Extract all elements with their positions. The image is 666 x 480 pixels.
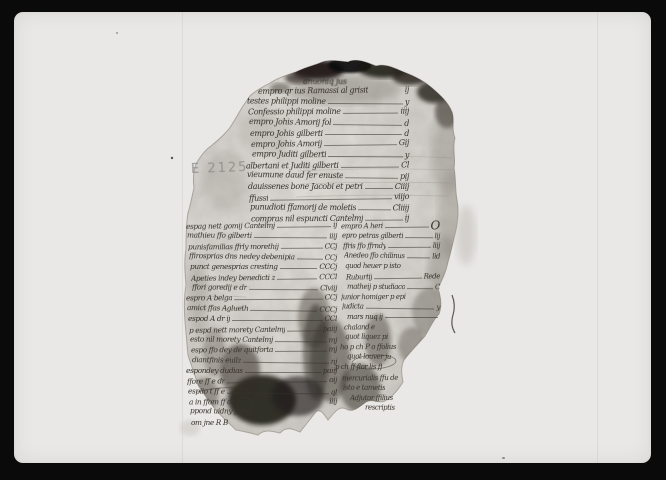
entry-leader-line	[227, 382, 327, 384]
entry-leader-line	[245, 372, 321, 373]
manuscript-entry: matheij p studiacoC	[347, 282, 440, 291]
entry-leader-line	[390, 338, 438, 339]
manuscript-entry: mars nuq ij	[347, 313, 440, 321]
entry-leader-line	[343, 113, 399, 114]
entry-text: chaland e	[344, 323, 375, 331]
entry-leader-line	[370, 91, 402, 92]
entry-text: mathieu ffo gilberti	[187, 232, 252, 241]
entry-amount: paiij	[323, 325, 337, 334]
entry-text: empro A heri	[341, 222, 383, 231]
entry-amount: CCCj	[319, 263, 337, 272]
manuscript-entry: empro Juditi gilbertiy	[252, 149, 409, 159]
entry-text: espo ffo dey de quitforta	[191, 346, 273, 355]
entry-text: vieumune daud fer enuste	[247, 170, 344, 180]
entry-amount: d	[404, 119, 409, 128]
manuscript-entry: epro petras gilbertilij	[342, 232, 440, 241]
entry-leader-line	[287, 330, 320, 331]
entry-text: empro Johis Amorij fol	[249, 117, 331, 127]
manuscript-entry: ffore ff e droij	[187, 376, 337, 386]
entry-text: junior homiger p epi	[341, 293, 406, 301]
entry-text: diantfinis euilz	[192, 356, 241, 365]
entry-leader-line	[232, 320, 322, 321]
entry-text: ffirosprias dns nedey debenipia	[189, 252, 295, 262]
entry-text: quot liquez pi	[345, 333, 388, 341]
entry-leader-line	[365, 219, 403, 220]
entry-text: ppond uidny ffelua	[190, 407, 253, 416]
entry-amount: CCj	[325, 242, 337, 251]
torn-top-text: anuoniq jus	[303, 77, 347, 86]
manuscript-entry: ppond uidny ffelua	[190, 407, 337, 417]
entry-text: isto e tametis	[343, 383, 385, 391]
entry-amount: ql	[331, 388, 337, 397]
entry-text: punudioti ffamorij de moletis	[250, 203, 356, 213]
entry-text: espag nett gomij Cantelmj	[186, 222, 275, 232]
manuscript-entry: empro A heriO	[341, 221, 440, 231]
entry-leader-line	[388, 246, 430, 247]
manuscript-entry: testes philippi moliney	[247, 96, 409, 106]
manuscript-entry: punct genesprias crestingCCCj	[190, 263, 337, 272]
manuscript-entry: espag nett gomij Cantelmjij	[186, 221, 337, 231]
entry-leader-line	[365, 307, 434, 309]
entry-leader-line	[234, 299, 322, 301]
entry-leader-line	[255, 413, 335, 415]
entry-leader-line	[333, 124, 402, 126]
entry-amount: CCj	[325, 294, 337, 303]
manuscript-entry: mathieu ffo gilbertiiiij	[187, 232, 337, 241]
manuscript-entry: isto e tametis	[343, 383, 440, 392]
entry-text: epro petras gilberti	[342, 232, 403, 240]
manuscript-entry: p espd nett morety Cantelmjpaiij	[189, 325, 337, 335]
entry-leader-line	[405, 237, 432, 238]
entry-leader-line	[277, 278, 317, 279]
manuscript-entry: Confessio philippi molineiiij	[248, 107, 409, 117]
entry-amount: CCCj	[319, 305, 337, 314]
manuscript-entry: empro qr ius Ramassi al grisitij	[258, 85, 409, 96]
entry-text: ho p ch P o ffolius	[340, 343, 396, 351]
entry-leader-line	[230, 424, 335, 425]
entry-leader-line	[249, 289, 318, 290]
manuscript-entry: om jne R B	[191, 419, 337, 428]
manuscript-entry: chaland e	[344, 322, 440, 331]
manuscript-entry: punisfamilias ffrly morethijCCj	[188, 242, 337, 251]
dust-speck-bottom-bar	[502, 457, 505, 459]
entry-text: espondey dudias	[186, 367, 243, 376]
entry-text: espro A belga	[186, 295, 232, 304]
entry-text: ffris ffo ffrndy	[343, 242, 386, 250]
manuscript-entry: dauissenes bone Jacobi et petriCiiij	[248, 182, 409, 191]
manuscript-entry: punudioti ffamorij de moletisCliiij	[250, 203, 409, 213]
entry-leader-line	[297, 259, 323, 260]
entry-amount: lij	[435, 232, 441, 240]
entry-amount: y	[436, 303, 440, 311]
entry-leader-line	[250, 310, 317, 312]
entry-leader-line	[324, 144, 397, 146]
entry-leader-line	[227, 392, 329, 394]
archive-shelfmark-label: E 2125	[191, 160, 249, 177]
entry-amount: mj	[328, 346, 337, 355]
entry-amount: ij	[333, 221, 337, 230]
manuscript-text-layer: empro qr ius Ramassi al grisitijtestes p…	[0, 0, 666, 480]
entry-amount: y	[405, 150, 409, 159]
entry-leader-line	[365, 188, 393, 189]
manuscript-entry: esto nil morety Cantelmjmj	[190, 335, 337, 344]
manuscript-entry: empro Johis AmorijGij	[251, 138, 409, 149]
entry-leader-line	[358, 209, 390, 210]
entry-leader-line	[403, 267, 438, 268]
entry-text: Anedeo ffo chilinus	[344, 252, 405, 261]
entry-text: Adjutor ffilius	[350, 394, 393, 402]
entry-text: esto nil morety Cantelmj	[190, 335, 273, 344]
entry-text: ffori goredij e dr	[192, 284, 247, 293]
entry-amount: liij	[433, 242, 440, 250]
entry-leader-line	[270, 197, 392, 199]
entry-amount: O	[430, 221, 440, 230]
entry-leader-line	[275, 351, 327, 352]
entry-leader-line	[254, 237, 328, 238]
entry-amount: iiij	[329, 397, 337, 406]
entry-text: punct genesprias cresting	[190, 263, 278, 272]
manuscript-entry: junior homiger p epi	[341, 292, 440, 301]
entry-amount: Gij	[399, 138, 409, 147]
entry-text: dauissenes bone Jacobi et petri	[248, 182, 363, 191]
entry-leader-line	[280, 268, 318, 269]
manuscript-entry: mercurialis ffu de	[342, 373, 440, 382]
manuscript-entry: Anedeo ffo chilinuslid	[344, 252, 440, 261]
entry-leader-line	[237, 403, 328, 405]
entry-amount: iiij	[329, 233, 337, 242]
entry-amount: Cliiij	[393, 204, 409, 213]
entry-leader-line	[341, 166, 400, 167]
entry-amount: Rede	[424, 272, 441, 280]
entry-leader-line	[243, 361, 329, 363]
entry-text: Apeties indey benedicti z	[191, 274, 275, 284]
entry-text: mercurialis ffu de	[342, 373, 398, 382]
entry-leader-line	[328, 156, 403, 157]
entry-amount: oij	[329, 376, 337, 385]
entry-amount: CCj	[325, 254, 338, 263]
entry-leader-line	[277, 226, 331, 228]
manuscript-entry: espro A belgaCCj	[186, 294, 337, 303]
entry-text: quot louver ju	[347, 353, 391, 362]
entry-leader-line	[377, 327, 438, 329]
archival-scan-view: empro qr ius Ramassi al grisitijtestes p…	[0, 0, 666, 480]
manuscript-entry: quod heuer p isto	[345, 262, 440, 270]
entry-leader-line	[393, 358, 438, 360]
entry-leader-line	[407, 257, 431, 258]
entry-leader-line	[281, 247, 323, 248]
entry-leader-line	[407, 287, 433, 288]
manuscript-entry: a in ffom ff driiij	[189, 397, 337, 406]
manuscript-entry: ffori goredij e drClviij	[192, 284, 337, 293]
entry-leader-line	[275, 341, 327, 342]
manuscript-entry: judictay	[342, 302, 440, 311]
entry-text: empro Johis gilberti	[250, 129, 323, 138]
entry-text: om jne R B	[191, 419, 228, 428]
manuscript-entry: ffussiviijo	[249, 192, 409, 203]
entry-leader-line	[345, 177, 398, 179]
entry-text: empro Juditi gilberti	[252, 149, 326, 159]
entry-leader-line	[397, 408, 438, 410]
entry-leader-line	[398, 347, 438, 348]
manuscript-entry: empro Johis Amorij fold	[249, 117, 409, 128]
entry-text: empro Johis Amorij	[251, 139, 322, 149]
entry-text: matheij p studiaco	[347, 282, 405, 290]
entry-amount: pij	[400, 172, 409, 181]
entry-amount: ij	[405, 85, 409, 94]
entry-text: espod A dr ij	[188, 315, 230, 324]
manuscript-entry: espo ffo dey de quitfortamj	[191, 346, 337, 355]
entry-leader-line	[374, 277, 421, 279]
entry-leader-line	[384, 368, 438, 369]
manuscript-entry: Apeties indey benedicti zCCCl	[191, 273, 337, 283]
manuscript-entry: empro Johis gilbertid	[250, 129, 409, 138]
manuscript-entry: diantfinis euilznj	[192, 356, 337, 366]
entry-text: amict ffas Aglueth	[187, 304, 248, 313]
entry-text: a in ffom ff dr	[189, 398, 235, 407]
entry-text: empro qr ius Ramassi al grisit	[258, 86, 368, 97]
entry-text: judicta	[342, 302, 364, 310]
entry-leader-line	[408, 297, 438, 298]
manuscript-entry: ffris ffo ffrndyliij	[343, 242, 440, 251]
manuscript-entry: espondey dudiaspaiij	[186, 367, 337, 376]
entry-amount: CCl	[325, 315, 337, 324]
entry-text: ffore ff e dr	[187, 378, 225, 387]
manuscript-entry: Adjutor ffilius	[350, 393, 440, 402]
entry-leader-line	[325, 134, 403, 135]
manuscript-entry: p ch ff flor lis ff	[335, 363, 440, 371]
manuscript-entry: espod A dr ijCCl	[188, 315, 337, 324]
entry-text: albertani et Juditi gilberti	[246, 161, 339, 171]
entry-text: ffussi	[249, 193, 269, 202]
manuscript-entry: quot liquez pi	[345, 333, 440, 342]
entry-amount: lid	[432, 253, 440, 261]
entry-text: p espd nett morety Cantelmj	[189, 325, 285, 335]
manuscript-entry: ho p ch P o ffolius	[340, 343, 440, 352]
entry-text: rescriptis	[365, 403, 395, 411]
entry-leader-line	[385, 226, 429, 228]
entry-amount: viijo	[394, 192, 409, 201]
entry-amount: d	[404, 129, 409, 138]
entry-amount: CCCl	[319, 273, 337, 282]
entry-text: mars nuq ij	[347, 313, 383, 321]
entry-amount: Ciiij	[395, 182, 409, 191]
entry-text: Ruburtij	[346, 273, 372, 281]
entry-amount: Cl	[401, 160, 409, 169]
manuscript-entry: espilo t ff eql	[188, 387, 337, 396]
entry-text: testes philippi moline	[247, 96, 326, 106]
entry-text: espilo t ff e	[188, 387, 225, 396]
entry-amount: C	[435, 283, 440, 291]
manuscript-entry: rescriptis	[365, 403, 440, 412]
entry-text: Confessio philippi moline	[248, 107, 341, 117]
entry-amount: iiij	[400, 107, 409, 116]
manuscript-entry: ffirosprias dns nedey debenipiaCCj	[189, 252, 337, 262]
entry-text: punisfamilias ffrly morethij	[188, 243, 279, 252]
manuscript-entry: vieumune daud fer enustepij	[247, 170, 409, 181]
entry-leader-line	[387, 388, 438, 389]
manuscript-entry: RuburtijRede	[346, 272, 440, 281]
entry-leader-line	[328, 102, 403, 103]
manuscript-entry: albertani et Juditi gilbertiCl	[246, 160, 409, 170]
entry-leader-line	[385, 317, 438, 318]
manuscript-entry: amict ffas AgluethCCCj	[187, 304, 337, 314]
manuscript-entry: quot louver ju	[347, 353, 440, 362]
entry-leader-line	[400, 377, 438, 378]
entry-text: p ch ff flor lis ff	[335, 363, 382, 371]
entry-amount: y	[405, 97, 409, 106]
entry-leader-line	[395, 398, 438, 399]
entry-text: quod heuer p isto	[345, 262, 401, 270]
